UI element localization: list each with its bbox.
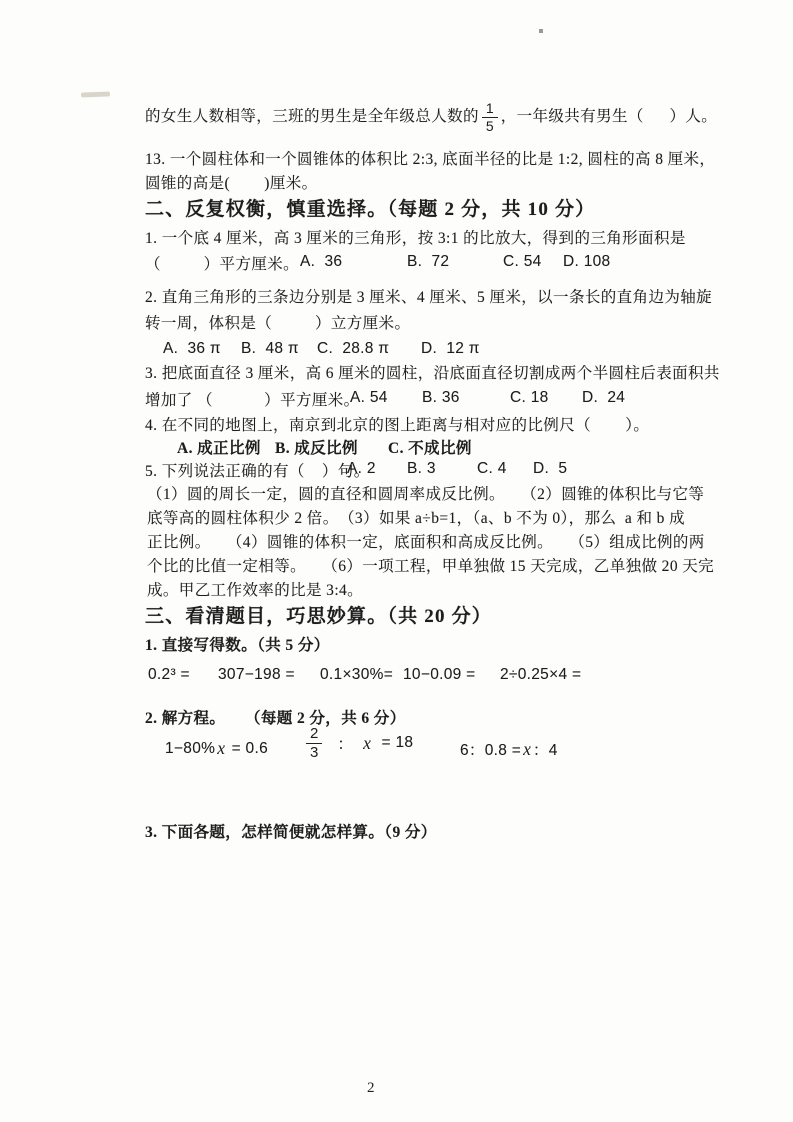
s3-question-2-equations-row: 1−80%x = 0.6 2 3 ： x = 18 6：0.8 =x：4 [145, 724, 725, 776]
s3-q1-item-4: 10−0.09 = [403, 666, 476, 684]
equation-1-pre: 1−80% [165, 740, 215, 758]
question-13-line1: 13. 一个圆柱体和一个圆锥体的体积比 2:3, 底面半径的比是 1:2, 圆柱… [145, 148, 715, 172]
s2-question-2-line2: 转一周，体积是（ ）立方厘米。 [145, 312, 410, 336]
section-3-heading: 三、看清题目，巧思妙算。（共 20 分） [145, 601, 492, 628]
fraction-denominator: 5 [482, 118, 498, 134]
s2-q2-option-a: A. 36 π [163, 340, 221, 358]
fraction-denominator: 3 [306, 744, 322, 761]
equation-3-variable: x [521, 739, 533, 760]
scan-artifact-dot [539, 29, 543, 33]
s2-question-2-options-row: A. 36 π B. 48 π C. 28.8 π D. 12 π [145, 340, 705, 364]
s2-q1-option-d: D. 108 [563, 253, 610, 271]
s2-q5-statement-line5: 成。甲乙工作效率的比是 3:4。 [147, 579, 363, 603]
s2-q5-statement-line3: 正比例。 （4）圆锥的体积一定，底面积和高成反比例。 （5）组成比例的两 [147, 531, 705, 555]
s2-question-4-line1: 4. 在不同的地图上，南京到北京的图上距离与相对应的比例尺（ ）。 [145, 414, 649, 438]
s2-q4-option-a: A. 成正比例 [177, 437, 261, 461]
s2-q1-option-b: B. 72 [407, 253, 449, 271]
equation-2: 2 3 ： x = 18 [303, 726, 413, 761]
s2-q3-option-c: C. 18 [510, 389, 549, 407]
s2-q2-option-b: B. 48 π [241, 340, 299, 358]
equation-2-variable: x [361, 733, 373, 754]
fraction-one-fifth: 1 5 [482, 101, 498, 133]
s2-question-1-line1: 1. 一个底 4 厘米，高 3 厘米的三角形，按 3:1 的比放大，得到的三角形… [145, 227, 686, 251]
s2-q3-option-d: D. 24 [582, 389, 625, 407]
page-number: 2 [367, 1080, 375, 1097]
s2-question-4-options-row: A. 成正比例 B. 成反比例 C. 不成比例 [145, 437, 705, 461]
s2-q2-option-d: D. 12 π [421, 340, 480, 358]
exam-paper-page: 的女生人数相等，三班的男生是全年级总人数的 1 5 ，一年级共有男生（ ）人。 … [0, 0, 793, 1122]
question-12-text-before: 的女生人数相等，三班的男生是全年级总人数的 [145, 105, 479, 129]
s2-q5-statement-line1: （1）圆的周长一定，圆的直径和圆周率成反比例。 （2）圆锥的体积比与它等 [147, 483, 704, 507]
equation-2-post: = 18 [377, 734, 413, 752]
equation-1-variable: x [215, 738, 227, 759]
s2-q4-option-c: C. 不成比例 [388, 437, 472, 461]
scan-artifact-smudge [81, 91, 110, 97]
s3-q1-item-3: 0.1×30%= [320, 666, 393, 684]
s3-question-1-label: 1. 直接写得数。（共 5 分） [145, 634, 330, 658]
s2-q5-option-c: C. 4 [477, 460, 507, 478]
s2-q3-option-b: B. 36 [422, 389, 460, 407]
question-12-line: 的女生人数相等，三班的男生是全年级总人数的 1 5 ，一年级共有男生（ ）人。 [145, 96, 705, 138]
s3-q1-item-1: 0.2³ = [148, 666, 190, 684]
s2-q5-option-b: B. 3 [407, 460, 436, 478]
s2-question-3-answer-row: 增加了 （ ）平方厘米。 A. 54 B. 36 C. 18 D. 24 [145, 389, 705, 413]
s2-q5-option-d: D. 5 [533, 460, 567, 478]
s2-q5-option-a: A. 2 [347, 460, 376, 478]
equation-1-post: = 0.6 [227, 740, 268, 758]
s3-question-3-label: 3. 下面各题，怎样简便就怎样算。（9 分） [145, 821, 437, 845]
s3-q1-item-5: 2÷0.25×4 = [500, 666, 581, 684]
question-12-text-after: ，一年级共有男生（ ）人。 [501, 105, 717, 129]
s2-q1-option-a: A. 36 [300, 253, 342, 271]
s2-q3-option-a: A. 54 [350, 389, 388, 407]
s2-question-5-row: 5. 下列说法正确的有（ ）句。 A. 2 B. 3 C. 4 D. 5 [145, 460, 705, 484]
equation-3: 6：0.8 =x：4 [460, 738, 558, 760]
s2-question-1-answer-row: （ ）平方厘米。 A. 36 B. 72 C. 54 D. 108 [145, 253, 705, 277]
equation-2-colon: ： [337, 732, 353, 754]
s2-q2-option-c: C. 28.8 π [317, 340, 389, 358]
equation-3-post: ：4 [533, 738, 558, 760]
s2-q4-option-b: B. 成反比例 [275, 437, 358, 461]
s2-question-2-line1: 2. 直角三角形的三条边分别是 3 厘米、4 厘米、5 厘米，以一条长的直角边为… [145, 286, 712, 310]
fraction-numerator: 2 [306, 726, 322, 744]
s2-q5-statement-line2: 底等高的圆柱体积少 2 倍。 （3）如果 a÷b=1，（a、b 不为 0），那么… [147, 507, 685, 531]
fraction-two-thirds: 2 3 [306, 726, 322, 761]
s2-question-1-blank: （ ）平方厘米。 [145, 253, 299, 277]
s2-question-5-lead: 5. 下列说法正确的有（ ）句。 [145, 460, 370, 484]
s2-q1-option-c: C. 54 [503, 253, 542, 271]
s3-question-1-items-row: 0.2³ = 307−198 = 0.1×30%= 10−0.09 = 2÷0.… [145, 666, 725, 690]
s2-question-3-blank: 增加了 （ ）平方厘米。 [145, 389, 360, 413]
question-13-line2: 圆锥的高是( )厘米。 [145, 172, 318, 196]
fraction-numerator: 1 [482, 101, 498, 118]
s3-q1-item-2: 307−198 = [218, 666, 295, 684]
s2-q5-statement-line4: 个比的比值一定相等。 （6）一项工程，甲单独做 15 天完成，乙单独做 20 天… [147, 555, 714, 579]
equation-3-pre: 6：0.8 = [460, 738, 521, 760]
s2-question-3-line1: 3. 把底面直径 3 厘米，高 6 厘米的圆柱，沿底面直径切割成两个半圆柱后表面… [145, 362, 720, 386]
section-2-heading: 二、反复权衡，慎重选择。（每题 2 分，共 10 分） [145, 194, 595, 221]
equation-1: 1−80%x = 0.6 [165, 738, 268, 759]
